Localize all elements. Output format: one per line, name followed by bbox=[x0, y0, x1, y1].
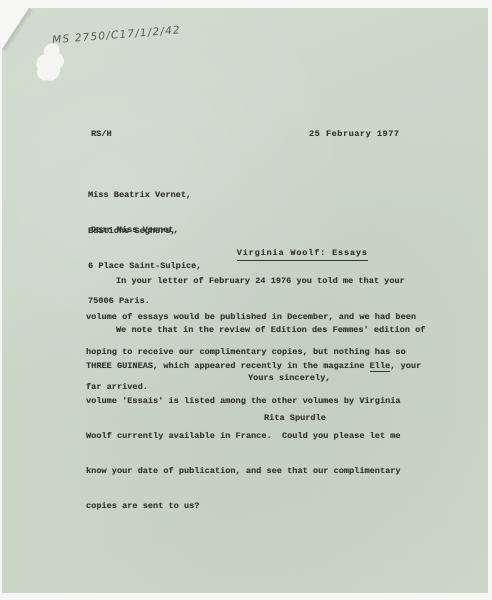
body-line-segment: THREE GUINEAS, which appeared recently i… bbox=[86, 361, 370, 371]
paper-damage-blob bbox=[36, 42, 70, 86]
body-line: know your date of publication, and see t… bbox=[86, 466, 425, 478]
archive-reference-handwritten: MS 2750/C17/1/2/42 bbox=[52, 22, 212, 47]
scan-background: MS 2750/C17/1/2/42 RS/H 25 February 1977… bbox=[0, 0, 492, 600]
address-line: Miss Beatrix Vernet, bbox=[88, 190, 201, 202]
body-line: copies are sent to us? bbox=[86, 501, 425, 513]
salutation: Dear Miss Vernet, bbox=[91, 225, 179, 237]
body-line: We note that in the review of Edition de… bbox=[86, 325, 425, 337]
typist-reference: RS/H bbox=[91, 129, 112, 141]
body-line: Woolf currently available in France. Cou… bbox=[86, 431, 425, 443]
closing-valediction: Yours sincerely, bbox=[248, 373, 331, 385]
letter-date: 25 February 1977 bbox=[309, 129, 400, 141]
body-line: In your letter of February 24 1976 you t… bbox=[86, 276, 416, 288]
magazine-title-underlined: Elle bbox=[370, 361, 391, 372]
body-line: THREE GUINEAS, which appeared recently i… bbox=[86, 361, 425, 373]
letter-paper: MS 2750/C17/1/2/42 RS/H 25 February 1977… bbox=[2, 8, 488, 593]
body-line: volume 'Essais' is listed among the othe… bbox=[86, 396, 425, 408]
paper-folded-corner-shade bbox=[2, 8, 34, 52]
paragraph-2: We note that in the review of Edition de… bbox=[86, 302, 425, 536]
signature-name: Rita Spurdle bbox=[264, 413, 326, 425]
body-line-segment: , your bbox=[390, 361, 421, 371]
